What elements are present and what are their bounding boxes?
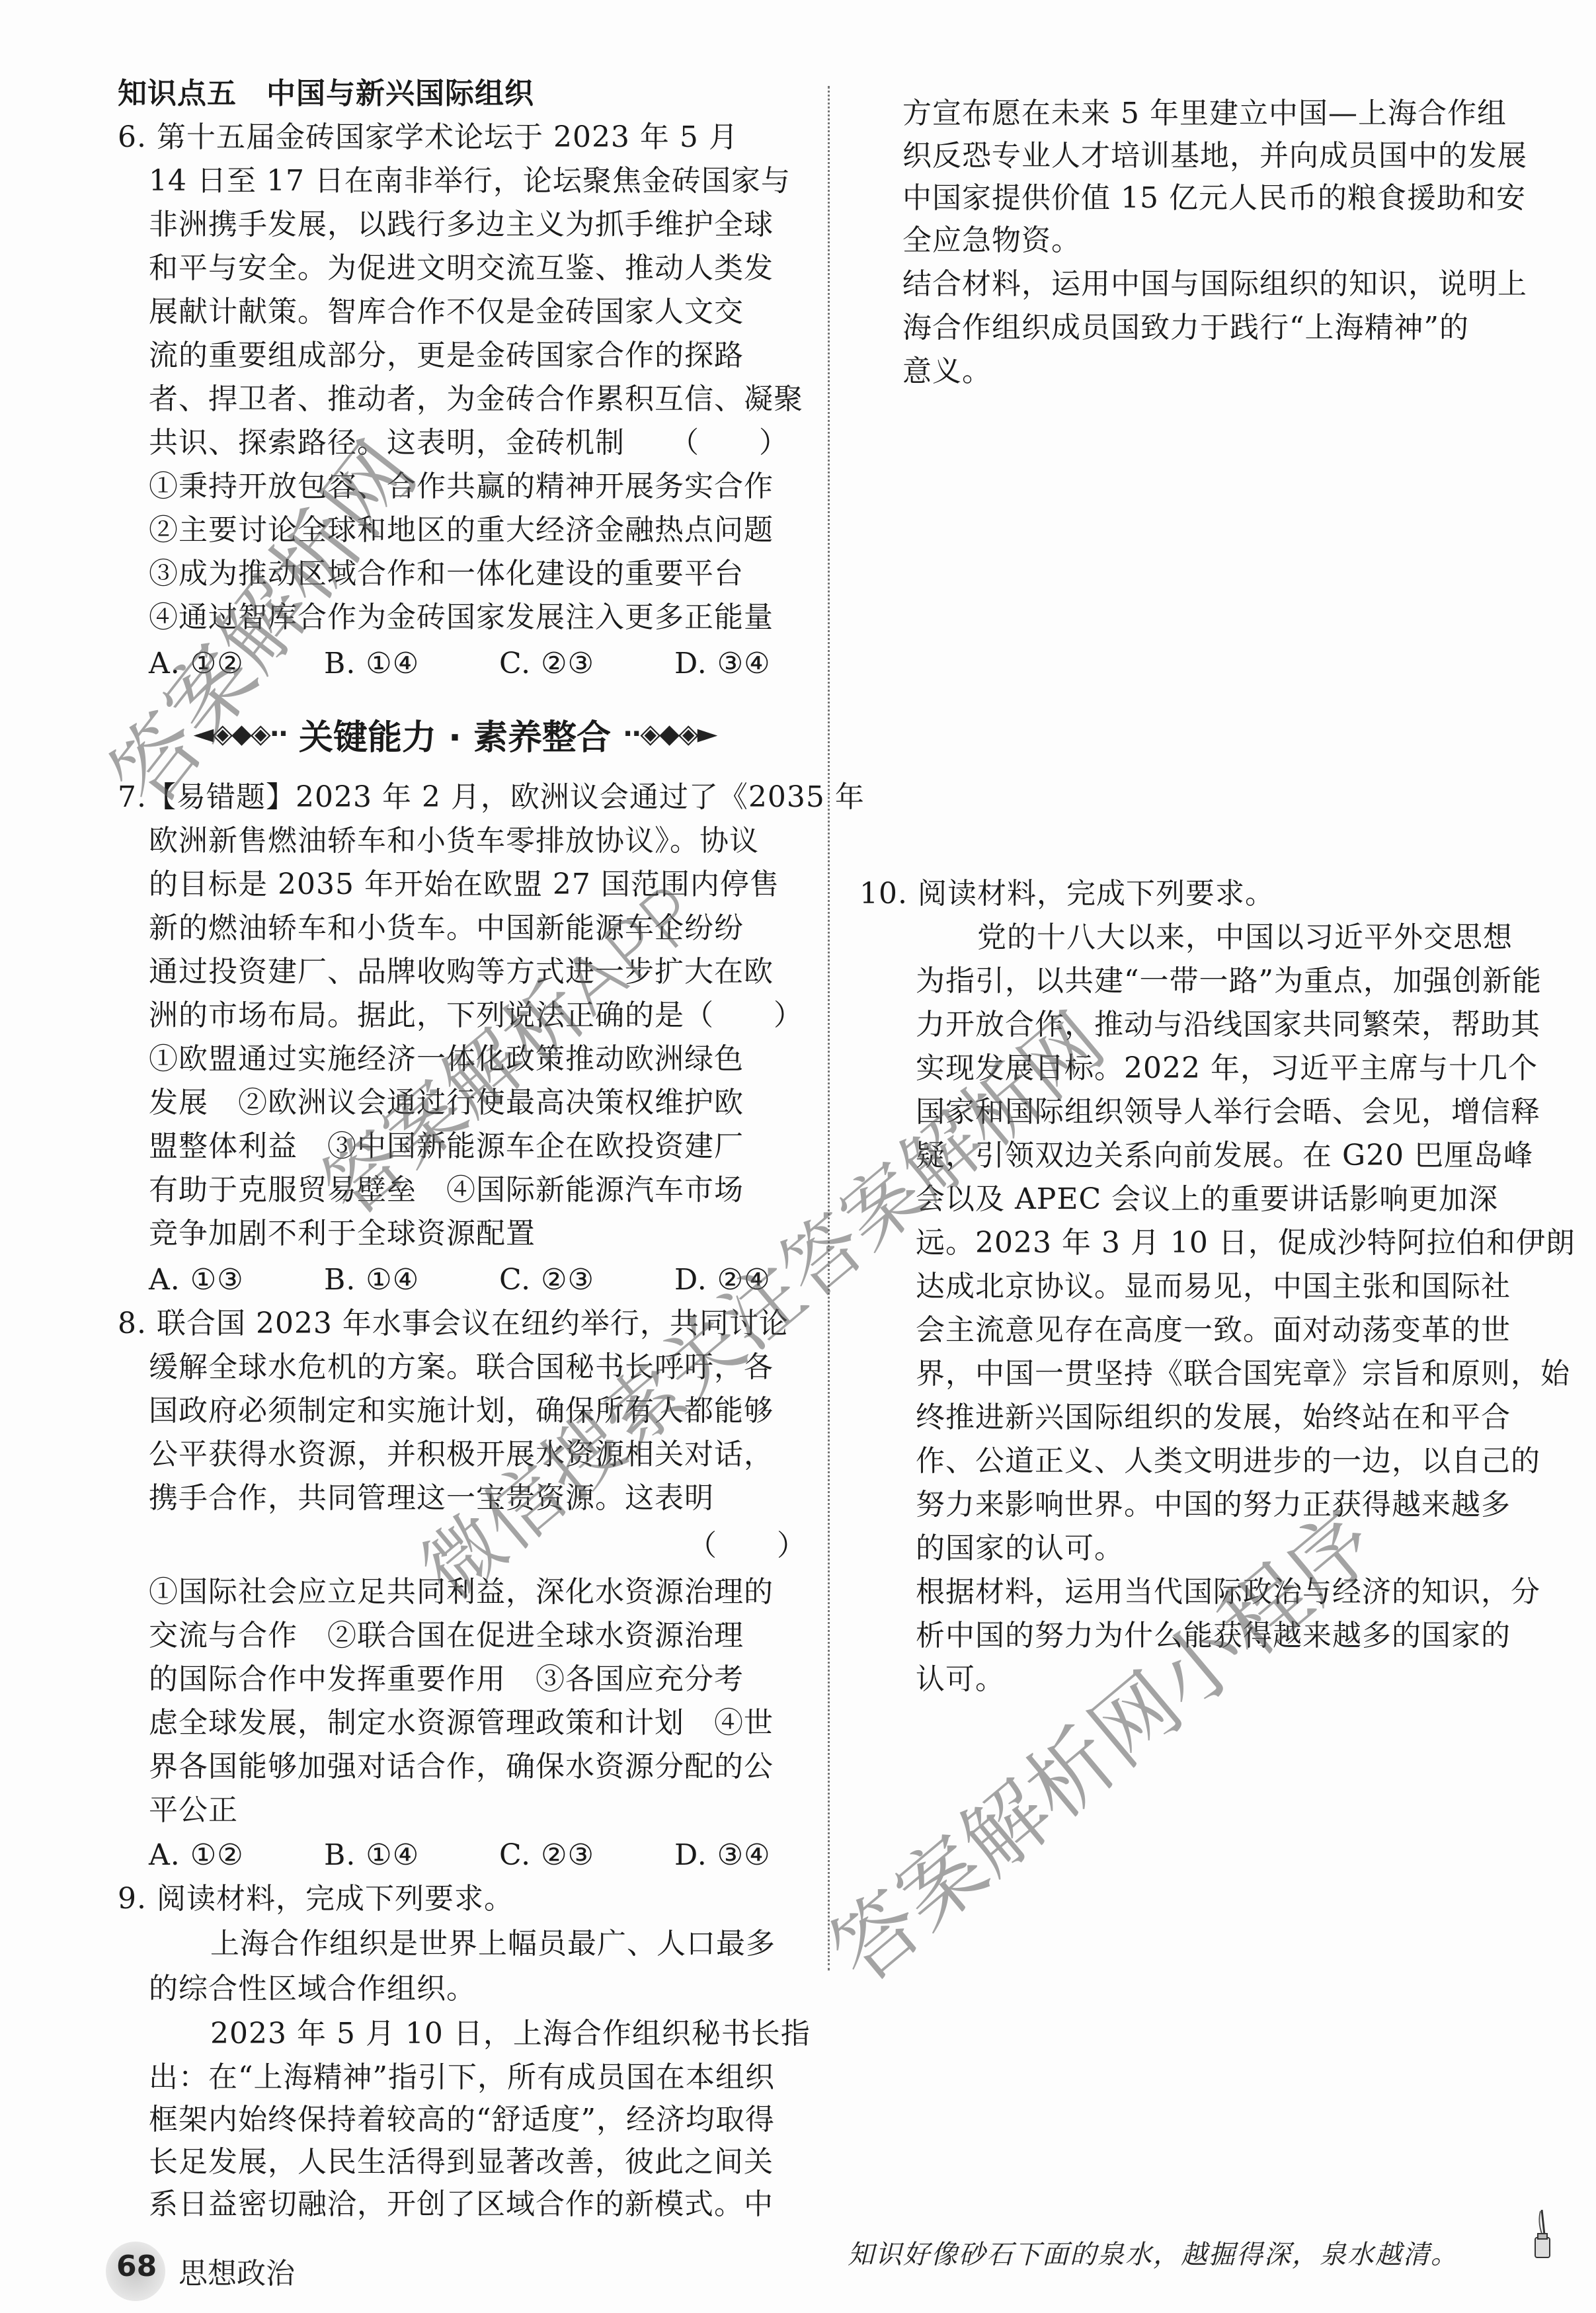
question-text-line: 8. 联合国 2023 年水事会议在纽约举行，共同讨论 <box>118 1304 789 1344</box>
subject-label: 思想政治 <box>179 2250 295 2292</box>
question-text-line: 者、捍卫者、推动者，为金砖合作累积互信、凝聚 <box>149 380 803 419</box>
option-d: D. ②④ <box>674 1260 850 1300</box>
material-text-line: 界，中国一贯坚持《联合国宪章》宗旨和原则，始 <box>916 1354 1570 1394</box>
material-text-line: 全应急物资。 <box>902 221 1081 261</box>
question-text-line: 10. 阅读材料，完成下列要求。 <box>859 874 1275 914</box>
statement-3: ③成为推动区域合作和一体化建设的重要平台 <box>149 554 744 594</box>
option-c: C. ②③ <box>499 644 674 684</box>
question-text-line: 14 日至 17 日在南非举行，论坛聚焦金砖国家与 <box>149 161 791 201</box>
material-text-line: 2023 年 5 月 10 日，上海合作组织秘书长指 <box>210 2014 811 2054</box>
statement-line: 盟整体利益 ③中国新能源车企在欧投资建厂 <box>149 1127 744 1166</box>
question-text-line: 国政府必须制定和实施计划，确保所有人都能够 <box>149 1391 774 1431</box>
material-text-line: 党的十八大以来，中国以习近平外交思想 <box>977 918 1513 957</box>
material-text-line: 达成北京协议。显而易见，中国主张和国际社 <box>916 1267 1511 1307</box>
question-text-line: 和平与安全。为促进文明交流互鉴、推动人类发 <box>149 249 774 288</box>
question-text-line: 展献计献策。智库合作不仅是金砖国家人文交 <box>149 292 744 332</box>
material-text-line: 努力来影响世界。中国的努力正获得越来越多 <box>916 1485 1511 1525</box>
ornament-left-icon: ◄◈◆◈·· <box>194 719 287 749</box>
question-text-line: 的目标是 2035 年开始在欧盟 27 国范围内停售 <box>149 865 779 905</box>
question-stem-with-answer-blank: 洲的市场布局。据此，下列说法正确的是（ ） <box>149 996 803 1035</box>
question-text-line: 缓解全球水危机的方案。联合国秘书长呼吁，各 <box>149 1348 774 1387</box>
option-d: D. ③④ <box>674 644 850 684</box>
material-text-line: 作、公道正义、人类文明进步的一边，以自己的 <box>916 1441 1540 1481</box>
question-text-line: 公平获得水资源，并积极开展水资源相关对话， <box>149 1435 774 1475</box>
question-text-line: 欧洲新售燃油轿车和小货车零排放协议》。协议 <box>149 821 759 861</box>
option-a: A. ①② <box>149 644 324 684</box>
requirement-text-line: 析中国的努力为什么能获得越来越多的国家的 <box>916 1616 1511 1656</box>
option-b: B. ①④ <box>324 1260 499 1300</box>
material-text-line: 的国家的认可。 <box>916 1529 1124 1568</box>
option-a: A. ①③ <box>149 1260 324 1300</box>
question-stem-with-answer-blank: 共识、探索路径。这表明，金砖机制 （ ） <box>149 423 789 463</box>
material-text-line: 织反恐专业人才培训基地，并向成员国中的发展 <box>902 136 1527 176</box>
answer-options: A. ①③ B. ①④ C. ②③ D. ②④ <box>149 1260 850 1300</box>
material-text-line: 会以及 APEC 会议上的重要讲话影响更加深 <box>916 1180 1498 1219</box>
question-text-line: 9. 阅读材料，完成下列要求。 <box>118 1879 514 1919</box>
statement-line: 有助于克服贸易壁垒 ④国际新能源汽车市场 <box>149 1170 744 1210</box>
section-header: ◄◈◆◈·· 关键能力 · 素养整合 ··◈◆◈► <box>118 711 792 757</box>
statement-line: ①欧盟通过实施经济一体化政策推动欧洲绿色 <box>149 1039 744 1079</box>
statement-line: 界各国能够加强对话合作，确保水资源分配的公 <box>149 1747 774 1787</box>
column-divider <box>828 86 830 1970</box>
ink-bottle-quill-icon <box>1533 2209 1552 2261</box>
question-text-line: 新的燃油轿车和小货车。中国新能源车企纷纷 <box>149 909 744 948</box>
option-a: A. ①② <box>149 1836 324 1875</box>
ornament-right-icon: ··◈◆◈► <box>623 719 716 749</box>
material-text-line: 力开放合作，推动与沿线国家共同繁荣，帮助其 <box>916 1005 1540 1045</box>
footer-quote: 知识好像砂石下面的泉水，越掘得深，泉水越清。 <box>848 2234 1458 2271</box>
material-text-line: 中国家提供价值 15 亿元人民币的粮食援助和安 <box>902 179 1526 218</box>
question-text-line: 流的重要组成部分，更是金砖国家合作的探路 <box>149 336 744 376</box>
question-text-line: 6. 第十五届金砖国家学术论坛于 2023 年 5 月 <box>118 118 792 157</box>
material-text-line: 方宣布愿在未来 5 年里建立中国—上海合作组 <box>902 94 1507 134</box>
statement-line: 发展 ②欧洲议会通过行使最高决策权维护欧 <box>149 1083 744 1123</box>
material-text-line: 国家和国际组织领导人举行会晤、会见，增信释 <box>916 1092 1540 1132</box>
material-text-line: 的综合性区域合作组织。 <box>149 1969 476 2009</box>
material-text-line: 终推进新兴国际组织的发展，始终站在和平合 <box>916 1398 1511 1438</box>
statement-1: ①秉持开放包容、合作共赢的精神开展务实合作 <box>149 467 774 507</box>
material-text-line: 会主流意见存在高度一致。面对动荡变革的世 <box>916 1311 1511 1350</box>
statement-line: 平公正 <box>149 1791 238 1830</box>
knowledge-point-title: 知识点五 中国与新兴国际组织 <box>118 74 534 114</box>
material-text-line: 系日益密切融洽，开创了区域合作的新模式。中 <box>149 2185 774 2224</box>
material-text-line: 实现发展目标。2022 年，习近平主席与十几个 <box>916 1049 1538 1088</box>
question-text-line: 7.【易错题】2023 年 2 月，欧洲议会通过了《2035 年 <box>118 778 865 817</box>
material-text-line: 长足发展，人民生活得到显著改善，彼此之间关 <box>149 2142 774 2182</box>
option-c: C. ②③ <box>499 1260 674 1300</box>
material-text-line: 为指引，以共建“一带一路”为重点，加强创新能 <box>916 961 1542 1001</box>
option-b: B. ①④ <box>324 1836 499 1875</box>
statement-line: 的国际合作中发挥重要作用 ③各国应充分考 <box>149 1660 744 1699</box>
answer-blank: （ ） <box>688 1526 807 1566</box>
option-b: B. ①④ <box>324 644 499 684</box>
material-text-line: 远。2023 年 3 月 10 日，促成沙特阿拉伯和伊朗 <box>916 1223 1576 1263</box>
option-c: C. ②③ <box>499 1836 674 1875</box>
requirement-text-line: 海合作组织成员国致力于践行“上海精神”的 <box>902 308 1469 348</box>
statement-line: 竞争加剧不利于全球资源配置 <box>149 1214 536 1254</box>
question-text-line: 非洲携手发展，以践行多边主义为抓手维护全球 <box>149 205 774 245</box>
option-d: D. ③④ <box>674 1836 850 1875</box>
material-text-line: 出：在“上海精神”指引下，所有成员国在本组织 <box>149 2058 775 2097</box>
statement-line: ①国际社会应立足共同利益，深化水资源治理的 <box>149 1572 774 1612</box>
section-title: 关键能力 · 素养整合 <box>299 710 611 759</box>
statement-line: 虑全球发展，制定水资源管理政策和计划 ④世 <box>149 1703 774 1743</box>
answer-options: A. ①② B. ①④ C. ②③ D. ③④ <box>149 1836 850 1875</box>
question-text-line: 携手合作，共同管理这一宝贵资源。这表明 <box>149 1479 714 1518</box>
statement-line: 交流与合作 ②联合国在促进全球水资源治理 <box>149 1616 744 1656</box>
material-text-line: 疑，引领双边关系向前发展。在 G20 巴厘岛峰 <box>916 1136 1533 1176</box>
requirement-text-line: 认可。 <box>916 1660 1005 1699</box>
statement-2: ②主要讨论全球和地区的重大经济金融热点问题 <box>149 510 774 550</box>
question-text-line: 通过投资建厂、品牌收购等方式进一步扩大在欧 <box>149 952 774 992</box>
answer-options: A. ①② B. ①④ C. ②③ D. ③④ <box>149 644 850 684</box>
requirement-text-line: 意义。 <box>902 352 992 391</box>
requirement-text-line: 根据材料，运用当代国际政治与经济的知识，分 <box>916 1572 1540 1612</box>
page-number: 68 <box>116 2250 157 2283</box>
requirement-text-line: 结合材料，运用中国与国际组织的知识，说明上 <box>902 264 1527 304</box>
material-text-line: 框架内始终保持着较高的“舒适度”，经济均取得 <box>149 2100 775 2140</box>
statement-4: ④通过智库合作为金砖国家发展注入更多正能量 <box>149 598 774 637</box>
material-text-line: 上海合作组织是世界上幅员最广、人口最多 <box>210 1924 776 1964</box>
